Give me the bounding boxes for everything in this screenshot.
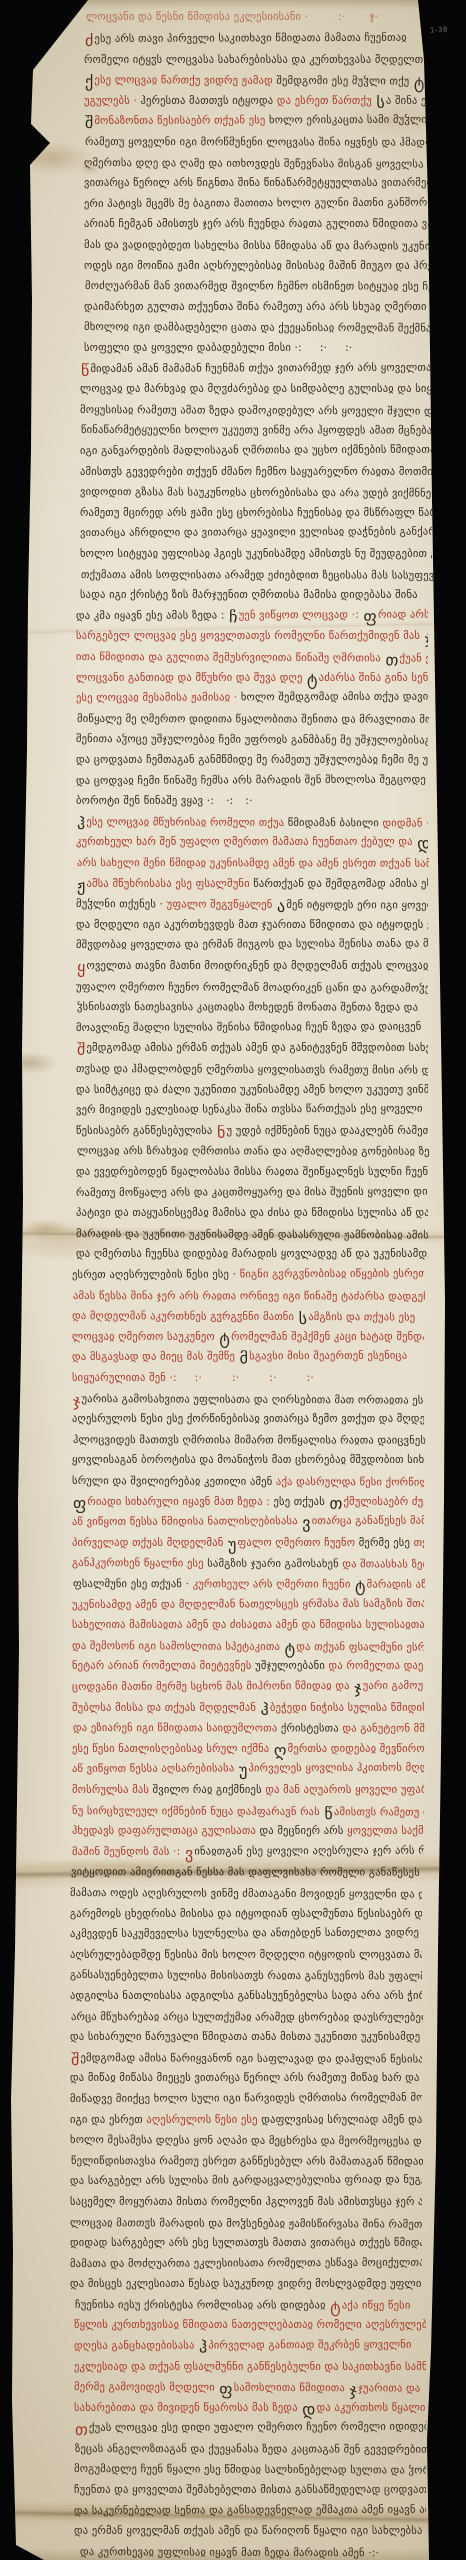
ink-run: ად სთქუ [426, 75, 436, 87]
vignette-shading [0, 0, 466, 2560]
pencil-shelfmark: 1-38 [430, 25, 448, 34]
manuscript-scroll: ლოცვანი და წესნი წმიდისა ეკლესიისანი ·:·… [0, 0, 466, 2560]
red-wax-spot [446, 1844, 453, 1850]
photograph: ლოცვანი და წესნი წმიდისა ეკლესიისანი ·:·… [0, 0, 466, 2560]
